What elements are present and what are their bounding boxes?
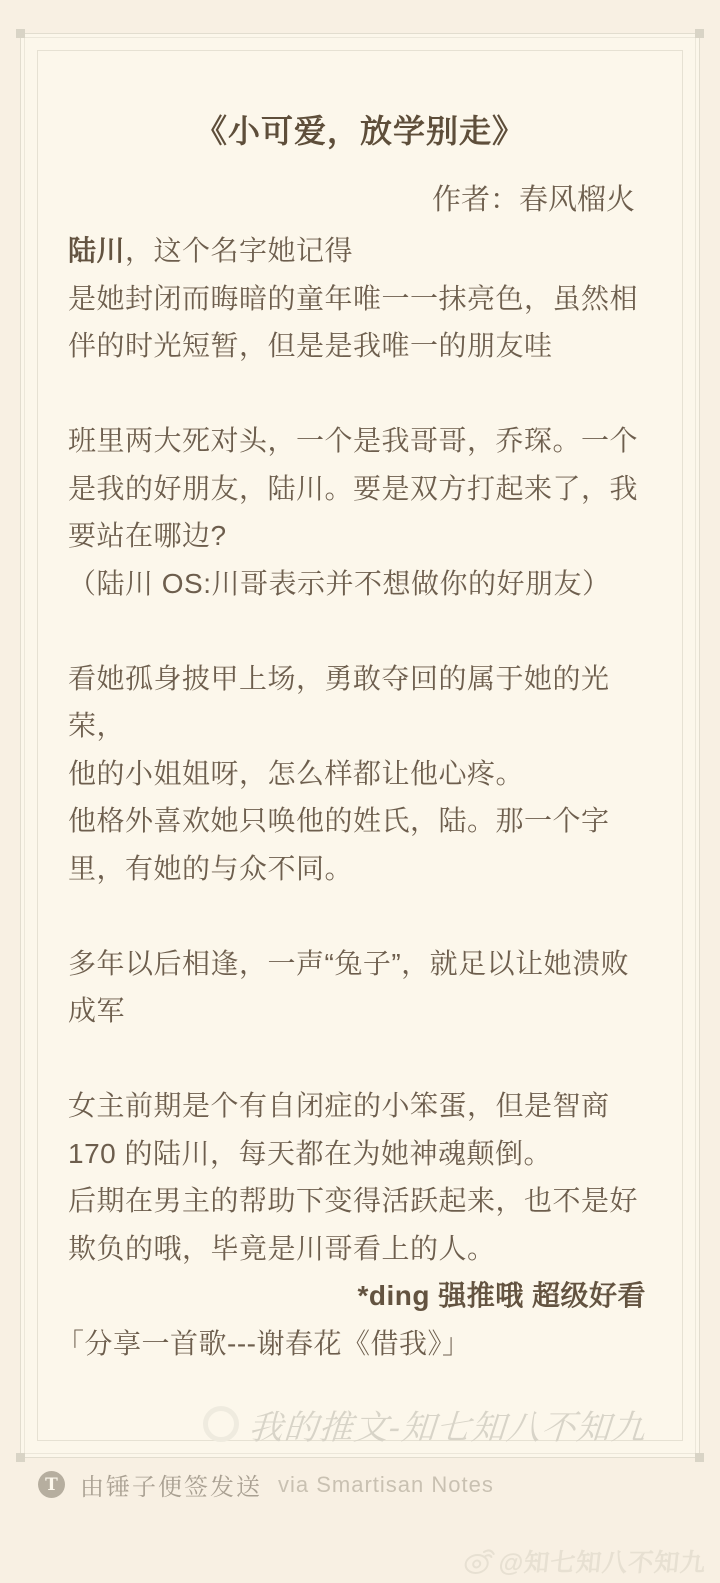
smartisan-logo-icon: T [38, 1471, 65, 1498]
note-line: 伴的时光短暂，但是是我唯一的朋友哇 [68, 322, 660, 370]
note-line: 后期在男主的帮助下变得活跃起来，也不是好 [68, 1177, 660, 1225]
watermark-seal-icon [203, 1406, 239, 1442]
note-line: 「分享一首歌---谢春花《借我》」 [56, 1320, 660, 1368]
note-line: 是我的好朋友，陆川。要是双方打起来了，我 [68, 465, 660, 513]
weibo-watermark: @知七知八不知九 [461, 1543, 708, 1579]
note-line: 荣， [68, 702, 660, 750]
weibo-handle-text: @知七知八不知九 [497, 1543, 708, 1579]
note-line: 陆川，这个名字她记得 [68, 227, 660, 275]
note-line: *ding 强推哦 超级好看 [68, 1272, 660, 1320]
handwriting-watermark: 我的推文-知七知八不知九 [203, 1396, 647, 1452]
note-line: 他格外喜欢她只唤他的姓氏，陆。那一个字 [68, 797, 660, 845]
note-line [68, 892, 660, 940]
note-line: 多年以后相逢，一声“兔子”，就足以让她溃败 [68, 940, 660, 988]
note-line: 看她孤身披甲上场，勇敢夺回的属于她的光 [68, 655, 660, 703]
footer-text-en: via Smartisan Notes [278, 1472, 494, 1498]
note-line: 170 的陆川，每天都在为她神魂颠倒。 [68, 1130, 660, 1178]
note-line: 他的小姐姐呀，怎么样都让他心疼。 [68, 750, 660, 798]
footer-text-cn: 由锤子便签发送 [80, 1467, 262, 1502]
note-line-bold-text: 陆川 [68, 235, 125, 266]
share-footer: T 由锤子便签发送 via Smartisan Notes [38, 1467, 494, 1502]
weibo-logo-icon [461, 1546, 496, 1576]
note-author-line: 作者：春风榴火 [21, 177, 699, 218]
note-line: 里，有她的与众不同。 [68, 845, 660, 893]
note-line: 女主前期是个有自闭症的小笨蛋，但是智商 [68, 1082, 660, 1130]
note-share-image: 《小可爱，放学别走》 作者：春风榴火 陆川，这个名字她记得是她封闭而晦暗的童年唯… [0, 0, 720, 1583]
frame-corner-icon [695, 29, 704, 38]
note-card: 《小可爱，放学别走》 作者：春风榴火 陆川，这个名字她记得是她封闭而晦暗的童年唯… [20, 33, 700, 1458]
frame-corner-icon [16, 29, 25, 38]
note-title: 《小可爱，放学别走》 [21, 106, 699, 152]
note-line: 成军 [68, 987, 660, 1035]
frame-corner-icon [695, 1453, 704, 1462]
watermark-text: 我的推文-知七知八不知九 [247, 1400, 648, 1449]
note-body: 陆川，这个名字她记得是她封闭而晦暗的童年唯一一抹亮色，虽然相伴的时光短暂，但是是… [68, 227, 660, 1367]
note-line [68, 370, 660, 418]
frame-corner-icon [16, 1453, 25, 1462]
note-line: 要站在哪边? [68, 512, 660, 560]
note-line [68, 1035, 660, 1083]
note-line: （陆川 OS:川哥表示并不想做你的好朋友） [68, 560, 660, 608]
note-line: 班里两大死对头，一个是我哥哥，乔琛。一个 [68, 417, 660, 465]
note-line: 是她封闭而晦暗的童年唯一一抹亮色，虽然相 [68, 275, 660, 323]
note-line [68, 607, 660, 655]
note-line: 欺负的哦，毕竟是川哥看上的人。 [68, 1225, 660, 1273]
